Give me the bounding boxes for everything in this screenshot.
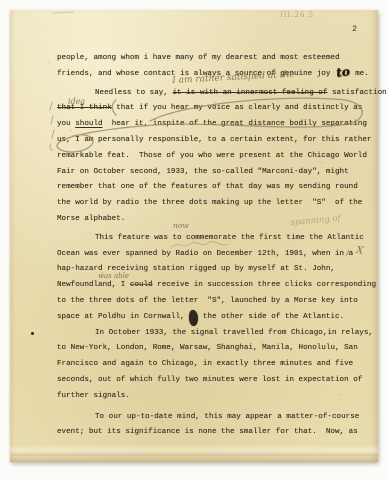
typed-segment: In October 1933, the signal travelled fr… <box>95 329 373 337</box>
pencil-loop-annotation <box>35 95 375 159</box>
scan-background: III.26.5 2 people, among whom i have man… <box>0 0 389 479</box>
pencil-margin-ticks <box>43 100 57 152</box>
ink-dot-margin <box>31 332 34 335</box>
typed-segment: further signals. <box>57 392 130 400</box>
typed-line: people, among whom i have many of my dea… <box>57 51 373 67</box>
pencil-x-mark: X <box>355 245 364 257</box>
typed-line: Francisco and again to Chicago, in exact… <box>57 357 373 373</box>
typed-line: remember that one of the features of tha… <box>57 180 373 196</box>
typed-segment: receive in succession three clicks corre… <box>153 281 376 289</box>
typed-segment: Newfoundland, I <box>57 281 130 289</box>
catalog-pencil-note: III.26.5 <box>280 11 314 19</box>
typed-segment: Francisco and again to Chicago, in exact… <box>57 360 353 368</box>
typed-line: the world by radio the three dots making… <box>57 196 373 212</box>
typed-segment: space at Poldhu in Cornwall, <box>57 313 189 321</box>
pencil-note-was-able: was able <box>98 272 129 280</box>
typed-line: further signals. <box>57 389 373 405</box>
typed-line: seconds, out of which fully two minutes … <box>57 373 373 389</box>
typed-segment: Fair on October second, 1933, the so-cal… <box>57 168 349 176</box>
typed-segment: people, among whom i have many of my dea… <box>57 54 340 62</box>
typed-line: In October 1933, the signal travelled fr… <box>57 326 373 342</box>
typed-segment: the world by radio the three dots making… <box>57 199 362 207</box>
scanned-page: III.26.5 2 people, among whom i have man… <box>10 10 378 462</box>
struck-text: could <box>130 281 153 289</box>
typed-line: event; but its significance is none the … <box>57 425 373 441</box>
pencil-smudge <box>52 11 74 13</box>
typed-line: to the three dots of the letter "S", lau… <box>57 294 373 310</box>
typed-segment: the other side of the Atlantic. <box>198 313 344 321</box>
typed-segment: Morse alphabet. <box>57 215 125 223</box>
typed-segment: seconds, out of which fully two minutes … <box>57 376 362 384</box>
pencil-scribble-illegible <box>170 238 232 252</box>
typed-line: to New-York, London, Rome, Warsaw, Shang… <box>57 341 373 357</box>
typed-line: Newfoundland, I could receive in success… <box>57 278 373 294</box>
typed-segment: remember that one of the features of tha… <box>57 183 358 191</box>
page-number: 2 <box>352 24 357 34</box>
typed-segment: To our up-to-date mind, this may appear … <box>95 413 359 421</box>
typed-segment: to New-York, London, Rome, Warsaw, Shang… <box>57 344 358 352</box>
typed-segment: event; but its significance is none the … <box>57 428 358 436</box>
pencil-note-now: now <box>173 221 189 230</box>
typed-line: To our up-to-date mind, this may appear … <box>57 410 373 426</box>
typed-line: Fair on October second, 1933, the so-cal… <box>57 165 373 181</box>
typed-line: space at Poldhu in Cornwall, on the othe… <box>57 310 373 326</box>
handwritten-ink-insert: to <box>336 67 350 77</box>
blacked-out-word: on <box>189 310 199 326</box>
typed-segment: to the three dots of the letter "S", lau… <box>57 297 358 305</box>
typed-segment: me. <box>351 70 369 78</box>
paper-crease <box>10 444 378 456</box>
paper-specks <box>10 10 11 11</box>
